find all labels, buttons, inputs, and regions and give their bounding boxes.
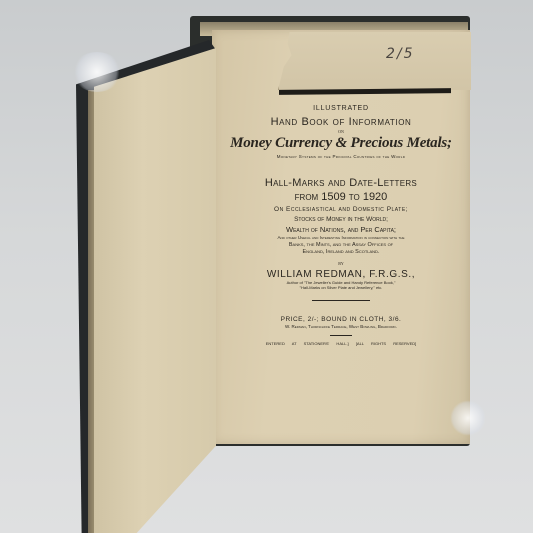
acrylic-clip-icon: [72, 52, 122, 92]
by-label: BY: [218, 262, 464, 266]
hallmarks-heading: Hall-Marks and Date-Letters: [218, 177, 464, 189]
divider-short: [330, 335, 352, 336]
torn-page-fragment: [278, 32, 471, 90]
illustrated-label: ILLUSTRATED: [218, 105, 464, 113]
main-title: Money Currency & Precious Metals;: [218, 135, 464, 152]
ecclesiastical-line: On Ecclesiastical and Domestic Plate;: [218, 206, 464, 213]
rights-label: [ALL RIGHTS RESERVED]: [356, 341, 416, 346]
banks-line: Banks, the Mints, and the Assay Offices …: [218, 242, 464, 248]
wealth-line: Wealth of Nations, and Per Capita;: [218, 226, 464, 234]
on-label: ON: [218, 130, 464, 134]
other-info-line: And other Useful and Interesting Informa…: [218, 236, 464, 241]
copyright-line: ENTERED AT STATIONERS' HALL.] [ALL RIGHT…: [218, 342, 464, 346]
title-text: ILLUSTRATED Hand Book of Information ON …: [218, 96, 464, 346]
endpaper: [94, 48, 216, 533]
entered-label: ENTERED AT STATIONERS' HALL.]: [266, 341, 349, 346]
pencil-note: 2/5: [386, 46, 415, 62]
author-name: WILLIAM REDMAN, F.R.G.S.,: [218, 269, 464, 280]
monetary-subtitle: Monetary Systems of the Principal Countr…: [218, 155, 464, 160]
acrylic-clip-icon: [450, 400, 486, 436]
date-range: from 1509 to 1920: [218, 191, 464, 203]
countries-line: England, Ireland and Scotland.: [218, 249, 464, 255]
stocks-line: Stocks of Money in the World;: [218, 216, 464, 223]
divider: [312, 300, 370, 301]
price-line: PRICE, 2/-; BOUND IN CLOTH, 3/6.: [218, 316, 464, 323]
author-works-2: "Hall-Marks on Silver Plate and Jeweller…: [218, 286, 464, 290]
publisher-line: W. Redman, Thorncliffe Terrace, West Bow…: [218, 325, 464, 330]
book-photo: 2/5 ILLUSTRATED Hand Book of Information…: [0, 0, 533, 533]
handbook-heading: Hand Book of Information: [218, 116, 464, 128]
